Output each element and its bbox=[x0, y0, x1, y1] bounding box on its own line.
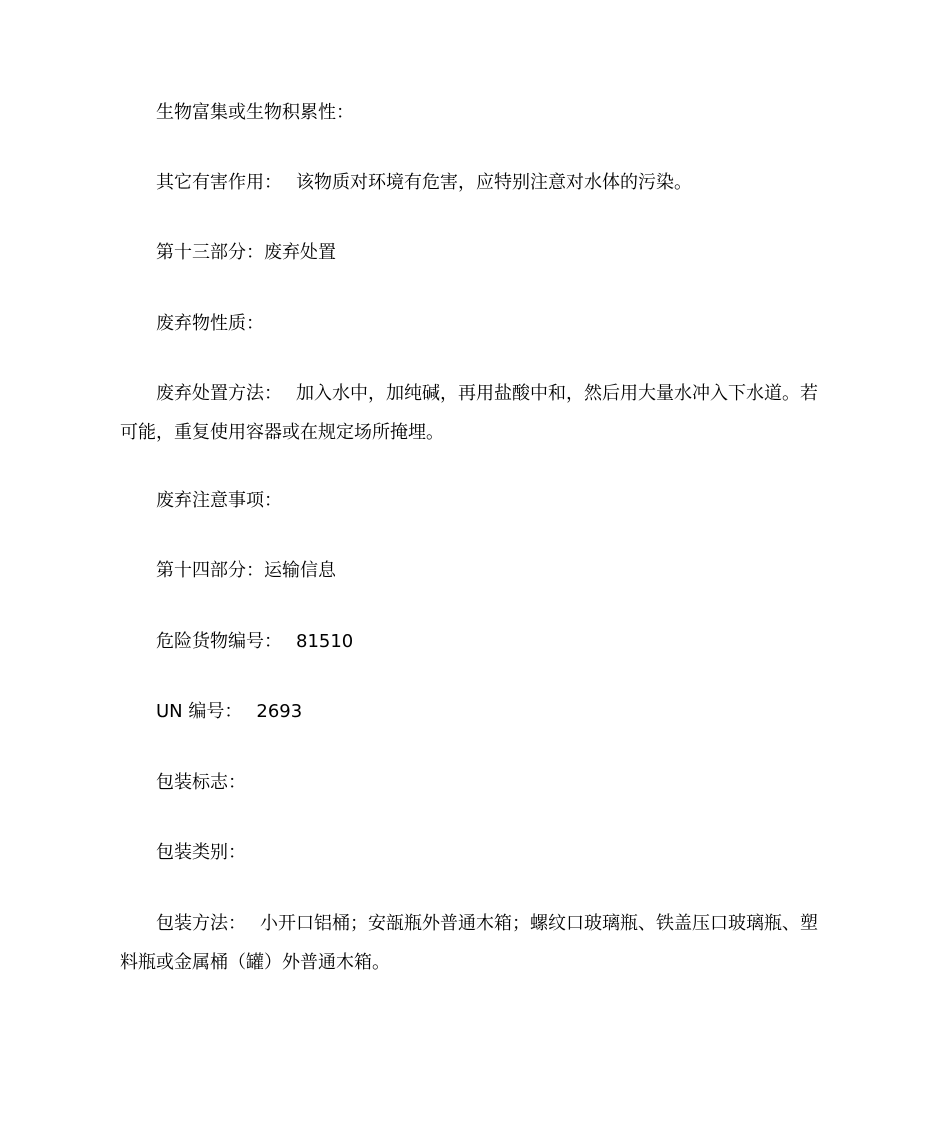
paragraph-un-number: UN 编号：2693 bbox=[120, 692, 830, 731]
paragraph-bioaccumulation: 生物富集或生物积累性： bbox=[120, 93, 830, 132]
field-label: 包装标志： bbox=[156, 772, 246, 793]
paragraph-package-category: 包装类别： bbox=[120, 833, 830, 872]
document-page: 生物富集或生物积累性： 其它有害作用：该物质对环境有危害，应特别注意对水体的污染… bbox=[0, 0, 945, 1122]
field-label: 废弃物性质： bbox=[156, 313, 264, 334]
field-value: 81510 bbox=[296, 631, 353, 652]
field-label: UN 编号： bbox=[156, 701, 242, 722]
field-label: 其它有害作用： bbox=[156, 172, 282, 193]
field-value: 2693 bbox=[256, 701, 302, 722]
field-value: 该物质对环境有危害，应特别注意对水体的污染。 bbox=[296, 172, 692, 193]
paragraph-package-method: 包装方法：小开口铝桶；安瓿瓶外普通木箱；螺纹口玻璃瓶、铁盖压口玻璃瓶、塑料瓶或金… bbox=[120, 904, 830, 982]
section-heading-14: 第十四部分：运输信息 bbox=[120, 551, 830, 590]
paragraph-other-hazards: 其它有害作用：该物质对环境有危害，应特别注意对水体的污染。 bbox=[120, 163, 830, 202]
paragraph-dangerous-goods-number: 危险货物编号：81510 bbox=[120, 622, 830, 661]
section-title: 第十三部分：废弃处置 bbox=[156, 242, 336, 263]
paragraph-disposal-notes: 废弃注意事项： bbox=[120, 481, 830, 520]
section-title: 第十四部分：运输信息 bbox=[156, 560, 336, 581]
field-label: 废弃处置方法： bbox=[156, 383, 282, 404]
field-label: 包装类别： bbox=[156, 842, 246, 863]
section-heading-13: 第十三部分：废弃处置 bbox=[120, 233, 830, 272]
field-label: 生物富集或生物积累性： bbox=[156, 102, 354, 123]
field-label: 废弃注意事项： bbox=[156, 490, 282, 511]
paragraph-disposal-method: 废弃处置方法：加入水中，加纯碱，再用盐酸中和，然后用大量水冲入下水道。若可能，重… bbox=[120, 374, 830, 452]
paragraph-package-mark: 包装标志： bbox=[120, 763, 830, 802]
paragraph-waste-nature: 废弃物性质： bbox=[120, 304, 830, 343]
field-label: 危险货物编号： bbox=[156, 631, 282, 652]
field-label: 包装方法： bbox=[156, 913, 246, 934]
